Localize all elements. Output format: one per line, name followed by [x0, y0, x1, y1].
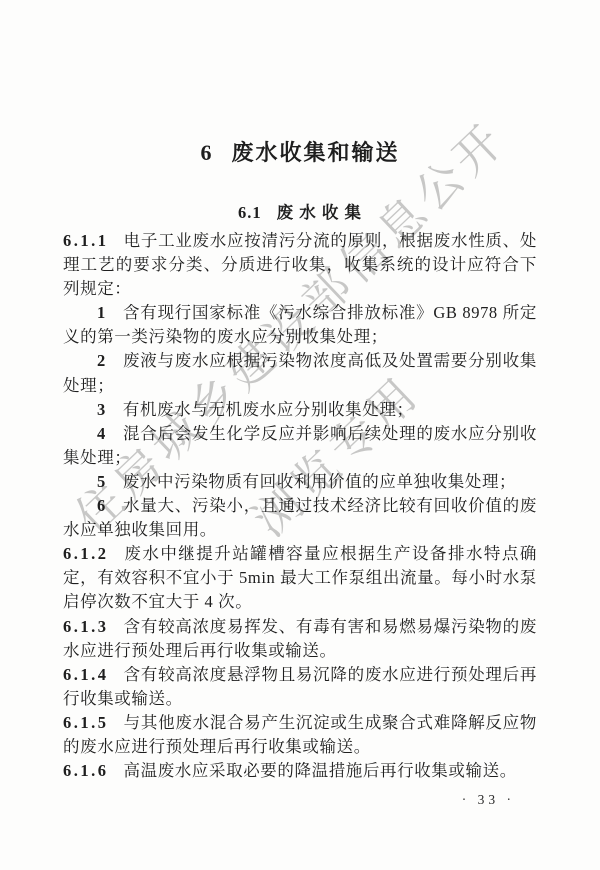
- item-text: 废液与废水应根据污染物浓度高低及处置需要分别收集处理；: [63, 351, 537, 394]
- clause-text: 废水中继提升站罐槽容量应根据生产设备排水特点确定，有效容积不宜小于 5min 最…: [63, 544, 537, 611]
- clause: 6.1.1电子工业废水应按清污分流的原则，根据废水性质、处理工艺的要求分类、分质…: [63, 229, 537, 301]
- clause: 6.1.2废水中继提升站罐槽容量应根据生产设备排水特点确定，有效容积不宜小于 5…: [63, 542, 537, 614]
- clause-text: 高温废水应采取必要的降温措施后再行收集或输送。: [124, 761, 517, 780]
- item-label: 6: [97, 496, 106, 515]
- chapter-number: 6: [200, 140, 211, 165]
- section-number: 6.1: [238, 203, 262, 222]
- page-number: · 33 ·: [462, 792, 515, 808]
- item-label: 2: [97, 351, 106, 370]
- clause-item: 4混合后会发生化学反应并影响后续处理的废水应分别收集处理；: [63, 422, 537, 470]
- chapter-title: 6废水收集和输送: [0, 136, 600, 167]
- item-text: 含有现行国家标准《污水综合排放标准》GB 8978 所定义的第一类污染物的废水应…: [63, 303, 537, 346]
- item-text: 有机废水与无机废水应分别收集处理；: [123, 400, 414, 419]
- clause: 6.1.4含有较高浓度悬浮物且易沉降的废水应进行预处理后再行收集或输送。: [63, 663, 537, 711]
- item-label: 1: [97, 303, 106, 322]
- clause-item: 3有机废水与无机废水应分别收集处理；: [63, 398, 537, 422]
- clause-label: 6.1.4: [63, 665, 109, 684]
- clause-item: 5废水中污染物质有回收利用价值的应单独收集处理；: [63, 470, 537, 494]
- clause-item: 6水量大、污染小，且通过技术经济比较有回收价值的废水应单独收集回用。: [63, 494, 537, 542]
- item-label: 5: [97, 472, 106, 491]
- item-label: 3: [97, 400, 106, 419]
- clause-text: 与其他废水混合易产生沉淀或生成聚合式难降解反应物的废水应进行预处理后再行收集或输…: [63, 713, 537, 756]
- clause-label: 6.1.3: [63, 617, 109, 636]
- clause-label: 6.1.6: [63, 761, 109, 780]
- clause-item: 2废液与废水应根据污染物浓度高低及处置需要分别收集处理；: [63, 349, 537, 397]
- clause-text: 含有较高浓度易挥发、有毒有害和易燃易爆污染物的废水应进行预处理后再行收集或输送。: [63, 617, 537, 660]
- clause-label: 6.1.2: [63, 544, 109, 563]
- section-title: 6.1废 水 收 集: [0, 199, 600, 223]
- item-label: 4: [97, 424, 106, 443]
- chapter-title-text: 废水收集和输送: [231, 140, 399, 165]
- item-text: 废水中污染物质有回收利用价值的应单独收集处理；: [123, 472, 516, 491]
- clause: 6.1.6高温废水应采取必要的降温措施后再行收集或输送。: [63, 759, 537, 783]
- section-title-text: 废 水 收 集: [277, 203, 362, 222]
- clause-text: 电子工业废水应按清污分流的原则，根据废水性质、处理工艺的要求分类、分质进行收集，…: [63, 231, 537, 298]
- document-page: 住房城乡建设部信息公开 浏览专用 6废水收集和输送 6.1废 水 收 集 6.1…: [0, 0, 600, 870]
- clause: 6.1.3含有较高浓度易挥发、有毒有害和易燃易爆污染物的废水应进行预处理后再行收…: [63, 615, 537, 663]
- clause-label: 6.1.1: [63, 231, 109, 250]
- clause-text: 含有较高浓度悬浮物且易沉降的废水应进行预处理后再行收集或输送。: [63, 665, 537, 708]
- item-text: 水量大、污染小，且通过技术经济比较有回收价值的废水应单独收集回用。: [63, 496, 537, 539]
- body-text: 6.1.1电子工业废水应按清污分流的原则，根据废水性质、处理工艺的要求分类、分质…: [63, 229, 537, 783]
- item-text: 混合后会发生化学反应并影响后续处理的废水应分别收集处理；: [63, 424, 537, 467]
- clause: 6.1.5与其他废水混合易产生沉淀或生成聚合式难降解反应物的废水应进行预处理后再…: [63, 711, 537, 759]
- clause-item: 1含有现行国家标准《污水综合排放标准》GB 8978 所定义的第一类污染物的废水…: [63, 301, 537, 349]
- clause-label: 6.1.5: [63, 713, 109, 732]
